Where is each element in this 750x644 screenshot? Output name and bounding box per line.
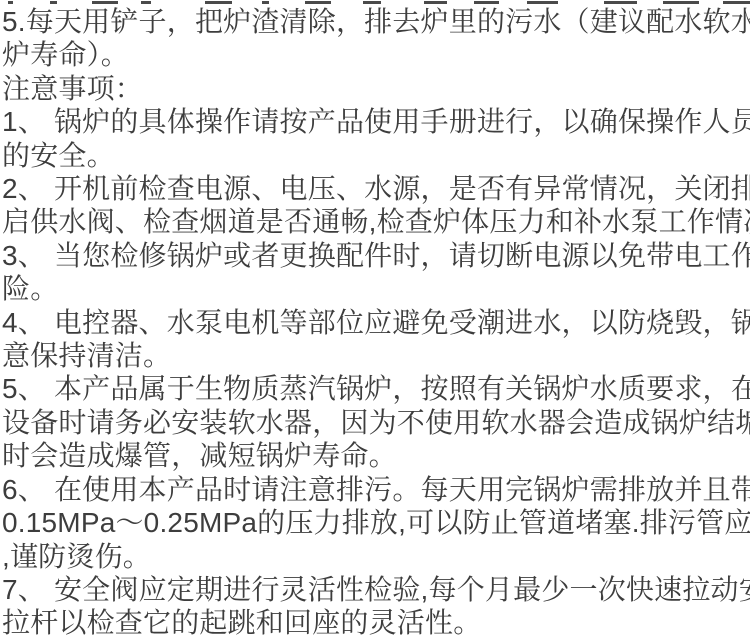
text-line: 意保持清洁。 — [2, 339, 748, 372]
text-line: ,谨防烫伤。 — [2, 540, 748, 573]
text-line: 拉杆以检查它的起跳和回座的灵活性。 — [2, 606, 748, 639]
text-line: 的安全。 — [2, 139, 748, 172]
text-line: 炉寿命）。 — [2, 38, 748, 71]
text-line: 7、 安全阀应定期进行灵活性检验,每个月最少一次快速拉动安全阀的 — [2, 573, 748, 606]
text-line: 1、 锅炉的具体操作请按产品使用手册进行，以确保操作人员及设备 — [2, 105, 748, 138]
text-line: 险。 — [2, 272, 748, 305]
text-line: 2、 开机前检查电源、电压、水源，是否有异常情况，关闭排污阀开 — [2, 172, 748, 205]
text-line: 0.15MPa～0.25MPa的压力排放,可以防止管道堵塞.排污管应妥善连接 — [2, 506, 748, 539]
text-line: 5.每天用铲子，把炉渣清除，排去炉里的污水（建议配水软水，延长锅 — [2, 5, 748, 38]
text-line: 5、 本产品属于生物质蒸汽锅炉，按照有关锅炉水质要求，在使用本 — [2, 372, 748, 405]
text-line: 时会造成爆管，减短锅炉寿命。 — [2, 439, 748, 472]
text-line: 设备时请务必安装软水器，因为不使用软水器会造成锅炉结垢，严重 — [2, 406, 748, 439]
text-line: 注意事项： — [2, 72, 748, 105]
text-line: 3、 当您检修锅炉或者更换配件时，请切断电源以免带电工作造成危 — [2, 239, 748, 272]
text-line: 6、 在使用本产品时请注意排污。每天用完锅炉需排放并且带 — [2, 473, 748, 506]
document-page: 5.每天用铲子，把炉渣清除，排去炉里的污水（建议配水软水，延长锅炉寿命）。注意事… — [0, 0, 750, 644]
text-line: 4、 电控器、水泵电机等部位应避免受潮进水，以防烧毁，锅炉应注 — [2, 306, 748, 339]
text-line: 启供水阀、检查烟道是否通畅,检查炉体压力和补水泵工作情况。 — [2, 205, 748, 238]
document-text-body: 5.每天用铲子，把炉渣清除，排去炉里的污水（建议配水软水，延长锅炉寿命）。注意事… — [0, 5, 750, 640]
